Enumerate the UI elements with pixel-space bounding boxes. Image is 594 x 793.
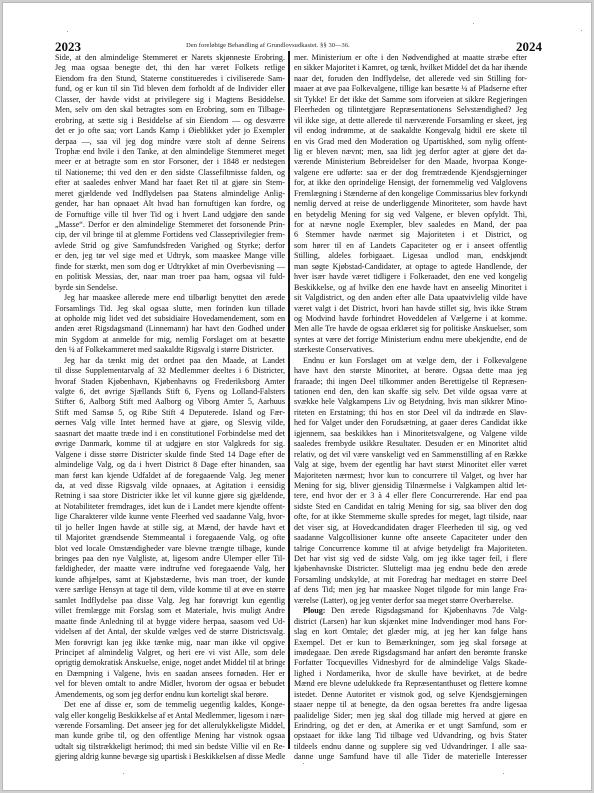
text-line: valgte 6, det øvrige Sjællands Stift 6, … [55, 387, 285, 397]
text-line: villet fremlægge mit Forslag som et Mate… [55, 606, 285, 616]
running-header: Den foreløbige Behandling af Grundlovsud… [143, 42, 393, 49]
text-line: Det ene af disse er, som de temmelig ueg… [55, 700, 285, 710]
text-line: kunde afhjælpes, samt at Kjøbstæderne, h… [55, 575, 285, 585]
text-line: en sikker Majoritet i Kamret, og tænk, h… [294, 63, 527, 73]
text-line: Men alle Tre havde de ogsaa erklæret sig… [294, 324, 527, 334]
text-line: til jo heller Ingen havde at stille sig,… [55, 523, 285, 533]
text-line: sit Valgdistrict, og den anden efter all… [294, 293, 527, 303]
text-line: de Fornuftige ville til hver Tid og i hv… [55, 210, 285, 220]
scan-speck [581, 30, 582, 31]
text-line: videlsen af det Antal, der skulde vælges… [55, 627, 285, 637]
text-line: ofte, for at ikke Stemmerne skulle spred… [294, 512, 527, 522]
text-line: almindelige Valg, og da i hvert District… [55, 460, 285, 470]
text-line: oprigtig demokratisk Anskuelse, enige, n… [55, 658, 285, 668]
column-divider [288, 51, 290, 749]
text-line: øernes Valg ville Intet hermed have at g… [55, 418, 285, 428]
text-line: valgene ere udførte: saa er der dog frem… [294, 168, 527, 178]
text-line: valg eller kongelig Beskikkelse af et An… [55, 711, 285, 721]
text-line: sit Tykke! Er det ikke det Samme som ifo… [294, 95, 527, 105]
text-line: være særlige Hensyn at tage til dem, vil… [55, 585, 285, 595]
text-line: Endnu er kun Forslaget om at vælge dem, … [294, 356, 527, 366]
text-line: af dens Tid; men jeg har maaskee Noget t… [294, 585, 527, 595]
text-line: samlet Indflydelse paa disse Valg. Jeg h… [55, 596, 285, 606]
text-line: øvrige Danmark, komme til at udgjøre en … [55, 439, 285, 449]
text-line: imødegaae. Den ærede Rigsdagsmand har an… [294, 648, 527, 658]
text-line: en politisk Messias, der, naar man troer… [55, 272, 285, 282]
text-line: avlede Strid og give Samfundsfreden Vari… [55, 241, 285, 251]
text-line: syntes at være det forrige Ministerium e… [294, 335, 527, 345]
text-line: Forsamling undskylde, at mit Foredrag ha… [294, 575, 527, 585]
text-line: for at nævne nogle Exempler, blev saaled… [294, 220, 527, 230]
text-line: Trophæ end hvile i den Tanke, at den alm… [55, 147, 285, 157]
text-line: værende Ministerium Bebreidelser for den… [294, 157, 527, 167]
text-line: Fleerheden og tilintetgjøre Repræsentati… [294, 105, 527, 115]
text-line: til Nationerne; thi ved den er den sidst… [55, 168, 285, 178]
text-line: Jeg har da tænkt mig det ordnet paa den … [55, 356, 285, 366]
text-line: erobring, at sætte sig i Besiddelse af s… [55, 116, 285, 126]
text-line: finde for stærkt, men som dog er Udtrykk… [55, 262, 285, 272]
text-line: at opholde mig lidet ved det subsidiaire… [55, 314, 285, 324]
speaker-name: Ploug: [303, 606, 325, 615]
text-line: Mening for sig, bliver gjensidig Tilnærm… [294, 481, 527, 491]
text-line: fund, og er kun til sin Tid bleven dem f… [55, 84, 285, 94]
text-line: anden æret Rigsdagsmand (Linnemann) har … [55, 324, 285, 334]
text-line: „Masse“. Derfor er den almindelige Stemm… [55, 220, 285, 230]
text-line: danne unge Samfund have til alle Tider d… [294, 752, 527, 762]
text-line: Valg at sige, hvem der egentlig har havt… [294, 460, 527, 470]
scan-speck [503, 773, 504, 774]
text-line: Ploug: Den ærede Rigsdagsmand for Kjøben… [294, 606, 527, 616]
text-line: den ¼ af Folkekammeret med saakaldte Rig… [55, 345, 285, 355]
left-text-column: Side, at den almindelige Stemmeret er Na… [55, 53, 285, 763]
text-line: min Sygdom at anmelde for mig, nemlig Fo… [55, 335, 285, 345]
text-line: en vis Grad med den Moderation og Uparti… [294, 137, 527, 147]
text-line: tere, end hvor der er 3 à 4 eller flere … [294, 491, 527, 501]
text-line: district (Larsen) har kun skjænket mine … [294, 617, 527, 627]
text-line: relativ, og det vil være vanskeligt ved … [294, 450, 527, 460]
text-line: hed for Valget under den Forudsætning, a… [294, 418, 527, 428]
right-text-column: mer. Ministerium er ofte i den Nødvendig… [294, 53, 527, 763]
text-line: Eiendom fra den Stund, Staterne constitu… [55, 74, 285, 84]
text-line: Retning i saa store Districter ikke let … [55, 491, 285, 501]
text-line: meer er at betragte som en stor Forsoner… [55, 157, 285, 167]
text-line: Stifter 6, Aalborg Stift med Aalborg og … [55, 397, 285, 407]
text-line: slag en kort Omtale; det glæder mig, at … [294, 627, 527, 637]
text-line: have havt den største Minoritet, at berø… [294, 366, 527, 376]
text-line: udtalt sig tilstrækkeligt herimod; thi m… [55, 742, 285, 752]
text-line: cip, der vil bringe til at glemme Fortid… [55, 230, 285, 240]
text-line: kjøbenhavnske Districter. Slutteligt maa… [294, 564, 527, 574]
text-line: opstaaet for ikke lang Tid tilbage ved U… [294, 731, 527, 741]
text-line: Det har vist sig ved de sidste Valg, om … [294, 554, 527, 564]
text-line: til disse Supplementarvalg af 32 Medlemm… [55, 366, 285, 376]
text-line: meret gjældende ved Indflydelsen paa Sta… [55, 189, 285, 199]
text-line: for, at ikke den oprindelige Hensigt, de… [294, 178, 527, 188]
text-line: man først kan kjende Udfaldet af de fore… [55, 471, 285, 481]
text-line: man kunde gribe til, og den offentlige M… [55, 731, 285, 741]
text-line: hvoraf Staden Kjøbenhavn, Kjøbenhavns og… [55, 377, 285, 387]
text-line: bringes paa den nye Valgliste, at, liges… [55, 554, 285, 564]
text-line: riteten en Erstatning; thi hos en stor D… [294, 408, 527, 418]
text-line: Fremlægning i Stænderne af den kongelige… [294, 189, 527, 199]
text-line: Valgene i disse større Districter skulde… [55, 450, 285, 460]
text-line: til Majoritet grændsende Stemmeantal i f… [55, 533, 285, 543]
text-line: nemlig derved at reise de underliggende … [294, 199, 527, 209]
speech-text: Den ærede Rigsdagsmand for Kjøbenhavns 7… [325, 606, 527, 615]
text-line: hver især havde været tidligere i Folker… [294, 272, 527, 282]
text-line: Stift med Samsø 5, og Ribe Stift 4 Deput… [55, 408, 285, 418]
text-line: istedet. Denne Autoritet er vistnok god,… [294, 690, 527, 700]
text-line: Mænd ere blevne udelukkede fra Repræsent… [294, 679, 527, 689]
scan-speck [67, 31, 68, 32]
scan-speck [303, 763, 304, 764]
text-line: 6 Stemmer havde nærmet sig Majoriteten i… [294, 230, 527, 240]
text-line: lige Charakterer vilde kunne vente Fleer… [55, 512, 285, 522]
text-line: lighed i Nordamerika, hvor de skulle hav… [294, 669, 527, 679]
text-line: det viser sig, at Hovedcandidaten drager… [294, 523, 527, 533]
text-line: Exempel. Det er kun to Bemærkninger, som… [294, 638, 527, 648]
text-line: fældigheder, der maatte være indtrufne v… [55, 564, 285, 574]
text-line: saadanne Valgcollisioner kunne ofte anse… [294, 533, 527, 543]
text-line: lig er bleven nævnt; men, saa lidt jeg d… [294, 147, 527, 157]
scan-speck [473, 23, 474, 24]
text-line: Amendements, og som jeg derfor endnu kun… [55, 690, 285, 700]
text-line: staaer neppe til at benegte, da den ogsa… [294, 700, 527, 710]
text-line: som hører til en af Landets Capaciteter … [294, 241, 527, 251]
text-line: saasnart det maatte træde ind i en const… [55, 429, 285, 439]
text-line: Stilling, aldeles forbigaaet. Ligesaa un… [294, 251, 527, 261]
text-line: Side, at den almindelige Stemmeret er Na… [55, 53, 285, 63]
text-line: igjennem, saa beskikkes han i Minoritets… [294, 429, 527, 439]
text-line: en Dæmpning i Valgene, hvis en saadan an… [55, 669, 285, 679]
text-line: Forfatter Tocquevilles Vidnesbyrd for de… [294, 658, 527, 668]
text-line: da, at ved disse Rigsvalg vilde opnaaes,… [55, 481, 285, 491]
text-line: Majoriteten nærmest; hvor kun to concurr… [294, 471, 527, 481]
text-line: værelse (Latter), og jeg venter derfor s… [294, 596, 527, 606]
text-line: derpaa —, saa vil jeg dog mindre være st… [55, 137, 285, 147]
text-line: fraraade; thi ingen Deel tilkommer anden… [294, 377, 527, 387]
text-line: efter at saaledes enhver Mand har faaet … [55, 178, 285, 188]
text-line: maaer at øve paa Folkevalgene, tillige k… [294, 84, 527, 94]
text-line: saaledes frembyde usikkre Resultater. De… [294, 439, 527, 449]
text-line: sidste Sted en Candidat en talrig Mening… [294, 502, 527, 512]
text-line: og Modvind havde forhindret Hoveddelen a… [294, 314, 527, 324]
text-line: gjering aldrig kunne bevæge sig upartisk… [55, 752, 285, 762]
document-page: 2023 Den foreløbige Behandling af Grundl… [2, 2, 592, 791]
text-line: Jeg maa ogsaa benegte det, thi den har v… [55, 63, 285, 73]
text-line: Erindring, og det er den, at Amerika er … [294, 721, 527, 731]
text-line: stærkeste Conservatives. [294, 345, 527, 355]
text-line: at Notabiliteter fremdrages, idet kun de… [55, 502, 285, 512]
text-line: er den, jeg tør vel sige med et Udtryk, … [55, 251, 285, 261]
scan-speck [123, 773, 124, 774]
text-line: paalidelige Sider; men jeg skal dog till… [294, 711, 527, 721]
text-line: Men, selv om den skal betragtes som en E… [55, 105, 285, 115]
text-line: været valgt i det District, hvori han ha… [294, 304, 527, 314]
text-line: vil ikke sige, at dette allerede til nær… [294, 116, 527, 126]
text-line: en betydelig Mening for sig ved Valgene,… [294, 210, 527, 220]
text-line: gender, har han opnaaet Alt hvad han for… [55, 199, 285, 209]
text-line: svække hele Valgkampens Liv og Betydning… [294, 397, 527, 407]
text-line: tildeels endnu danne og supplere sig ved… [294, 742, 527, 752]
text-line: Men forøvrigt kan jeg ikke tænke mig, na… [55, 638, 285, 648]
text-line: naar det, foruden den Indflydelse, det a… [294, 74, 527, 84]
text-line: værende Forsamling. Det anseer jeg for d… [55, 721, 285, 731]
text-line: Jeg har maaskee allerede mere end tilbør… [55, 293, 285, 303]
text-line: Beskikkelse, og af hvilke den ene havde … [294, 283, 527, 293]
text-line: vel for bleven omtalt to andre Midler, h… [55, 679, 285, 689]
text-line: tationen end den, den kan skaffe sig sel… [294, 387, 527, 397]
text-line: blot ved locale Omstændigheder vare blev… [55, 544, 285, 554]
text-line: Forsamlings Tid. Jeg skal ogsaa slutte, … [55, 304, 285, 314]
text-line: det er jo ofte saa; vort Lands Kamp i Øi… [55, 126, 285, 136]
text-line: man søgte Kjøbstad-Candidater, at optage… [294, 262, 527, 272]
text-line: vil endog indrømme, at de saakaldte Kong… [294, 126, 527, 136]
text-line: byrde sin Sendelse. [55, 283, 285, 293]
text-line: Classer, der havde vidst at privilegere … [55, 95, 285, 105]
text-line: mer. Ministerium er ofte i den Nødvendig… [294, 53, 527, 63]
text-line: maatte finde Anledning til at bygge vide… [55, 617, 285, 627]
text-line: talrige Concurrence komme til at afvige … [294, 544, 527, 554]
text-line: Principet af almindelig Valgret, og heri… [55, 648, 285, 658]
